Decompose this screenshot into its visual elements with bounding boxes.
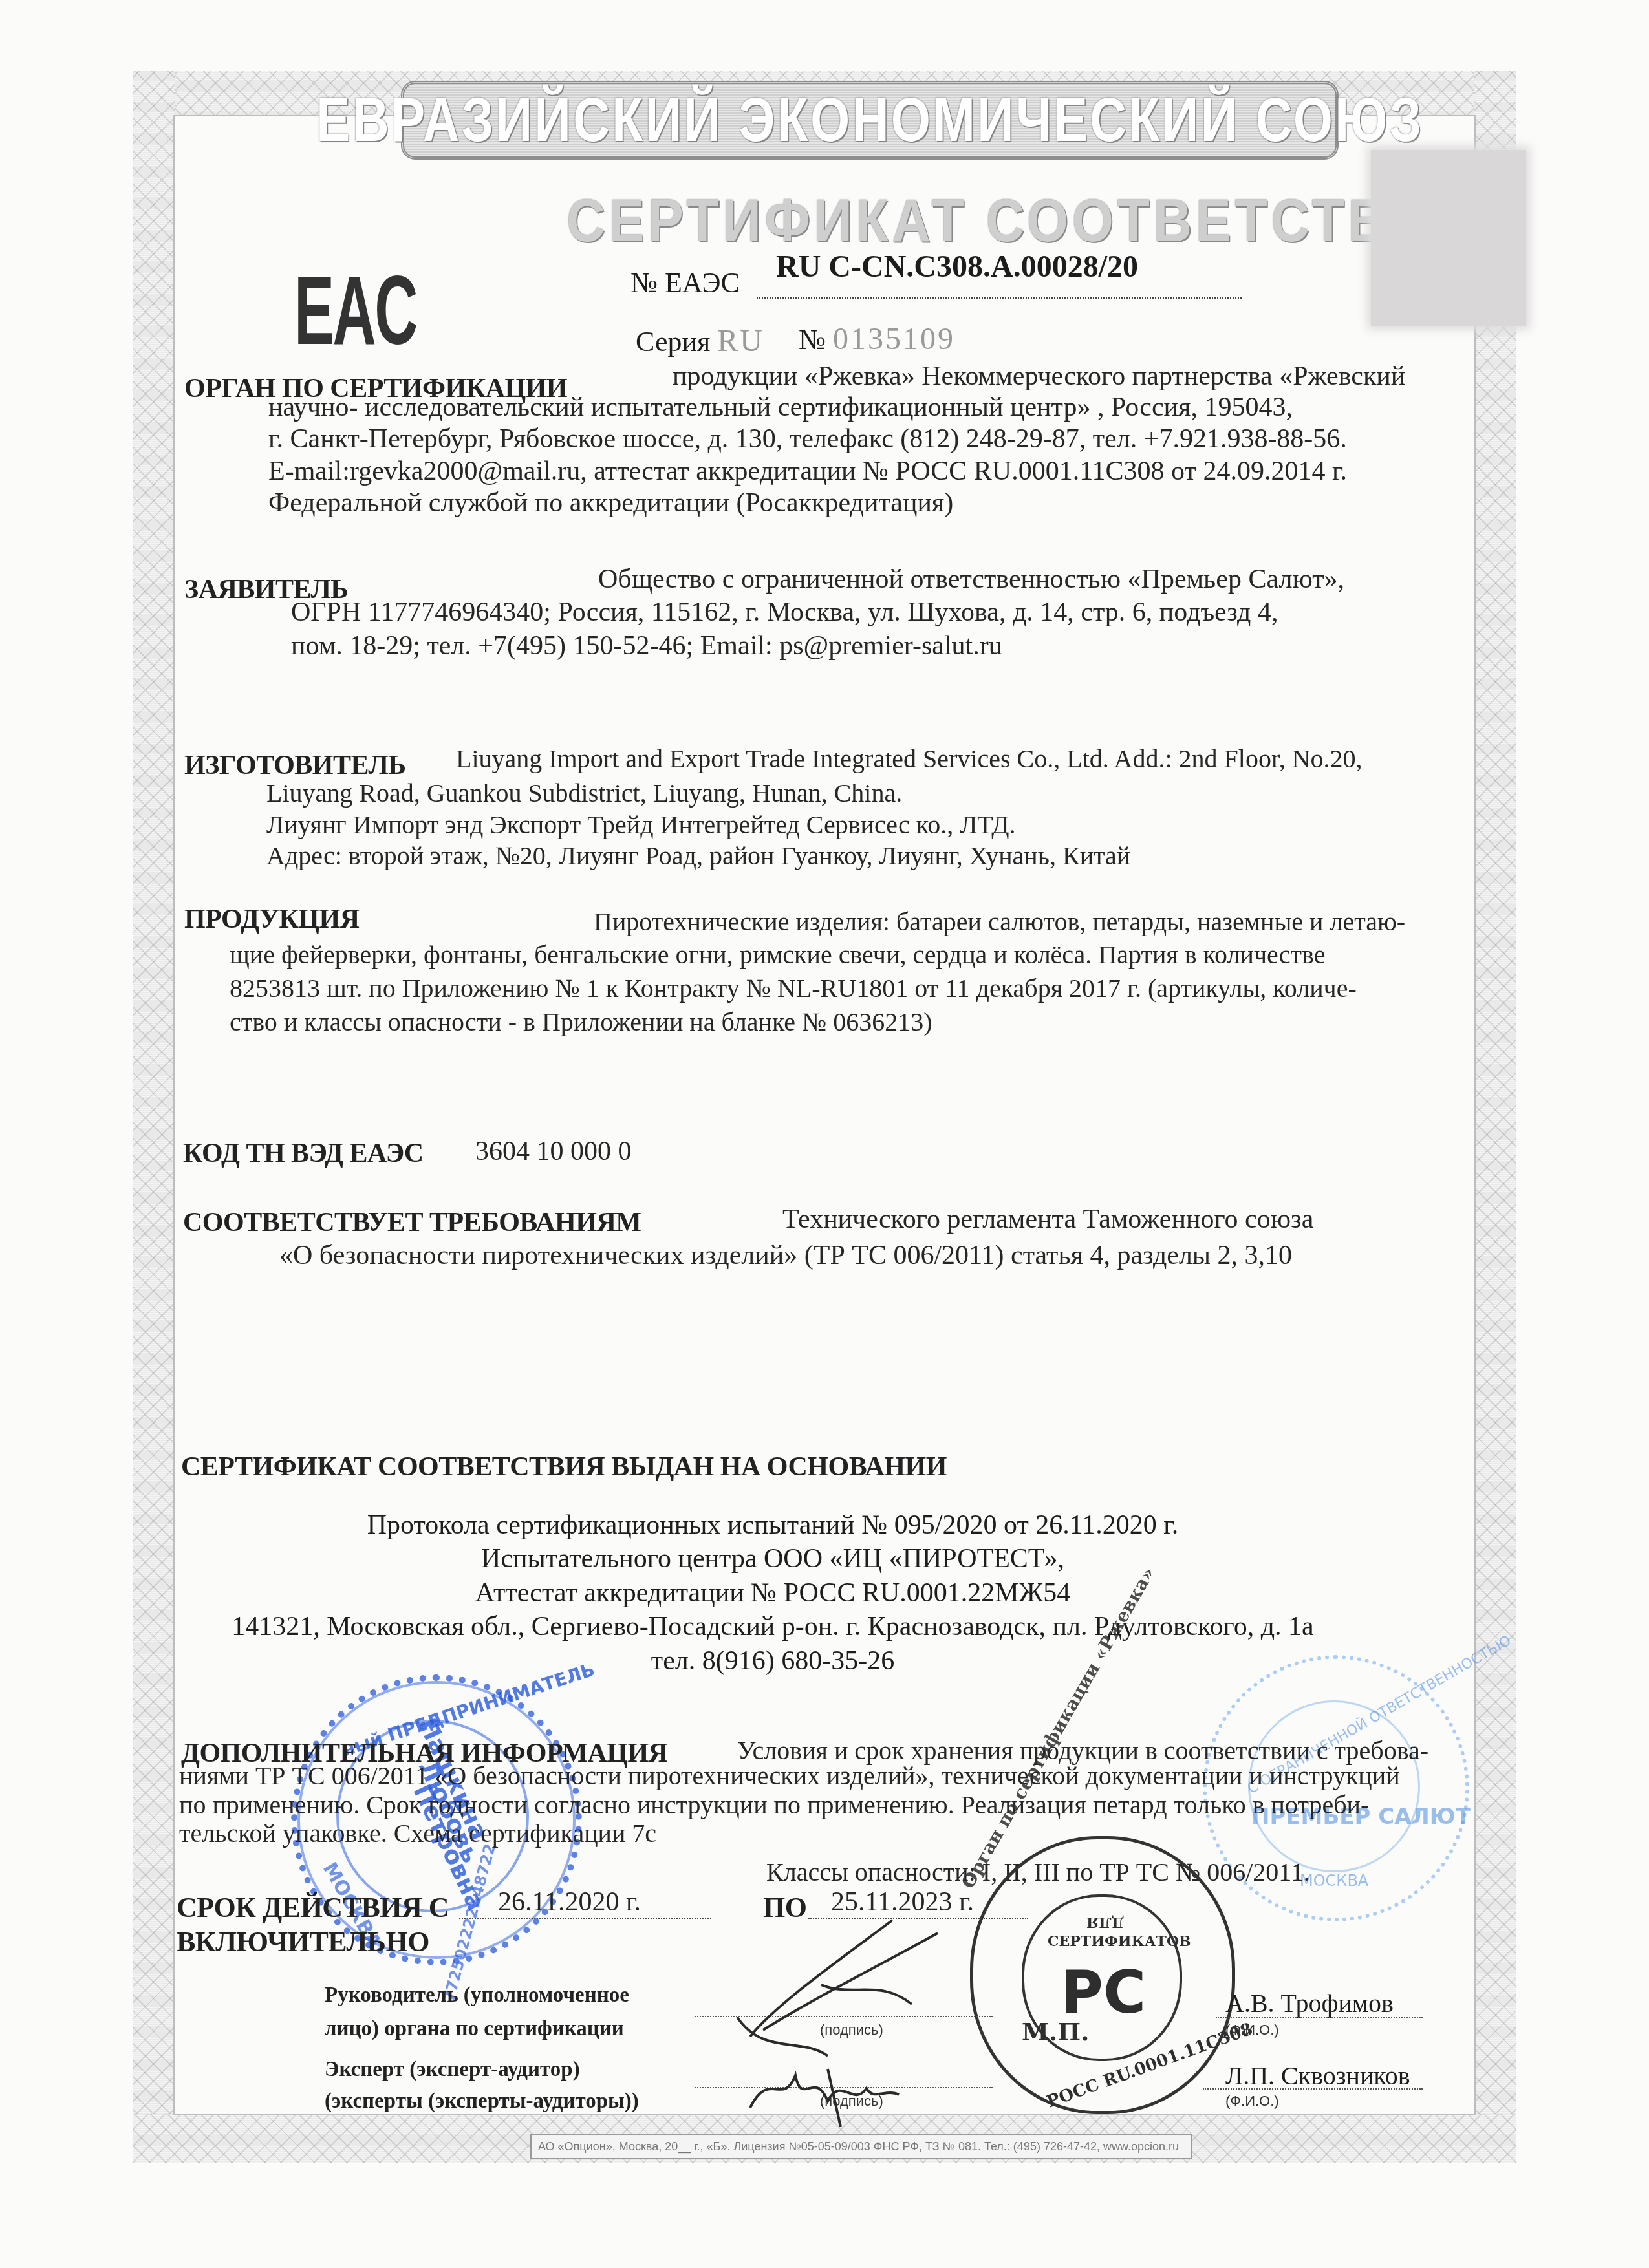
product-line: ство и классы опасности - в Приложении н…	[230, 1007, 932, 1037]
basis-line: Аттестат аккредитации № РОСС RU.0001.22М…	[0, 1578, 1597, 1609]
manufacturer-label: ИЗГОТОВИТЕЛЬ	[184, 750, 406, 781]
blank-number-row: № 0135109	[799, 321, 955, 357]
conformity-line: Технического регламента Таможенного союз…	[782, 1204, 1313, 1235]
expert-name: Л.П. Сквозников	[1225, 2060, 1410, 2091]
basis-label: СЕРТИФИКАТ СООТВЕТСТВИЯ ВЫДАН НА ОСНОВАН…	[181, 1451, 947, 1482]
union-banner-text: ЕВРАЗИЙСКИЙ ЭКОНОМИЧЕСКИЙ СОЮЗ	[316, 85, 1423, 156]
name-caption: (Ф.И.О.)	[1225, 2022, 1279, 2038]
additional-info-line: по применению. Срок годности согласно ин…	[179, 1790, 1369, 1820]
manufacturer-line: Liuyang Import and Export Trade Integrat…	[456, 744, 1363, 774]
seal-inner-top: ДЛЯ	[1086, 1914, 1124, 1931]
manufacturer-line: Адрес: второй этаж, №20, Лиуянг Роад, ра…	[266, 840, 1130, 871]
basis-line: Испытательного центра ООО «ИЦ «ПИРОТЕСТ»…	[0, 1543, 1597, 1574]
validity-inclusive-label: ВКЛЮЧИТЕЛЬНО	[177, 1925, 429, 1958]
additional-info-line: тельской упаковке. Схема сертификации 7с	[179, 1818, 656, 1848]
document-title: СЕРТИФИКАТ СООТВЕТСТВИЯ	[566, 187, 1218, 255]
certification-body-line: г. Санкт-Петербург, Рябовское шоссе, д. …	[268, 423, 1347, 455]
applicant-line: ОГРН 1177746964340; Россия, 115162, г. М…	[291, 597, 1278, 628]
manufacturer-line: Liuyang Road, Guankou Subdistrict, Liuya…	[266, 778, 902, 808]
certificate-number-row: № ЕАЭС	[630, 266, 740, 299]
head-name: А.В. Трофимов	[1225, 1988, 1394, 2018]
additional-info-line: ниями ТР ТС 006/2011 «О безопасности пир…	[179, 1760, 1400, 1791]
certificate-number-underline	[757, 297, 1242, 299]
product-line: щие фейерверки, фонтаны, бенгальские огн…	[230, 939, 1325, 970]
applicant-line: пом. 18-29; тел. +7(495) 150-52-46; Emai…	[291, 630, 1002, 661]
series-row: Серия RU	[636, 323, 764, 359]
series-label: Серия	[636, 326, 710, 358]
certification-body-line: продукции «Ржевка» Некоммерческого партн…	[673, 361, 1405, 392]
name-caption: (Ф.И.О.)	[1225, 2093, 1279, 2110]
certificate-number: RU C-CN.C308.A.00028/20	[776, 249, 1138, 284]
validity-from-label: СРОК ДЕЙСТВИЯ С	[177, 1891, 449, 1924]
applicant-line: Общество с ограниченной ответственностью…	[598, 564, 1344, 595]
validity-from-underline	[459, 1918, 711, 1919]
stamp-company-city: МОСКВА	[1300, 1872, 1368, 1890]
series-value: RU	[717, 324, 764, 358]
manufacturer-line: Лиуянг Импорт энд Экспорт Трейд Интегрей…	[266, 809, 1015, 840]
certification-body-line: E-mail:rgevka2000@mail.ru, аттестат аккр…	[268, 456, 1347, 487]
border-left	[133, 71, 175, 2159]
expert-label: Эксперт (эксперт-аудитор)	[325, 2058, 580, 2082]
eac-logo-icon: EAC	[294, 252, 350, 369]
blank-number-label: №	[799, 324, 826, 356]
hs-code-value: 3604 10 000 0	[475, 1136, 632, 1167]
seal-place-label: М.П.	[1022, 2017, 1089, 2046]
union-banner: ЕВРАЗИЙСКИЙ ЭКОНОМИЧЕСКИЙ СОЮЗ	[401, 81, 1339, 160]
conformity-label: СООТВЕТСТВУЕТ ТРЕБОВАНИЯМ	[183, 1207, 641, 1238]
certification-body-line: научно- исследовательский испытательный …	[268, 392, 1293, 423]
head-name-line	[1216, 2017, 1423, 2018]
product-line: 8253813 шт. по Приложению № 1 к Контракт…	[230, 973, 1357, 1003]
border-right	[1474, 71, 1516, 2159]
redacted-region	[1371, 150, 1526, 326]
head-label: Руководитель (уполномоченное	[325, 1984, 629, 2007]
product-line: Пиротехнические изделия: батареи салютов…	[594, 906, 1405, 937]
head-label: лицо) органа по сертификации	[325, 2017, 624, 2041]
seal-inner-mid: СЕРТИФИКАТОВ	[1048, 1933, 1191, 1950]
validity-date-from: 26.11.2020 г.	[498, 1887, 641, 1918]
expert-signature-icon	[744, 2049, 912, 2121]
expert-label: (эксперты (эксперты-аудиторы))	[325, 2090, 639, 2113]
hs-code-label: КОД ТН ВЭД ЕАЭС	[183, 1138, 424, 1169]
conformity-line: «О безопасности пиротехнических изделий»…	[279, 1240, 1292, 1271]
basis-line: Протокола сертификационных испытаний № 0…	[0, 1510, 1597, 1541]
product-label: ПРОДУКЦИЯ	[184, 904, 360, 935]
certification-body-line: Федеральной службой по аккредитации (Рос…	[268, 487, 953, 519]
expert-name-line	[1203, 2088, 1423, 2090]
blank-number: 0135109	[833, 322, 955, 356]
printer-info: АО «Опцион», Москва, 20__ г., «Б». Лицен…	[530, 2134, 1192, 2159]
number-label: № ЕАЭС	[630, 267, 740, 299]
basis-line: 141321, Московская обл., Сергиево-Посадс…	[0, 1611, 1597, 1642]
